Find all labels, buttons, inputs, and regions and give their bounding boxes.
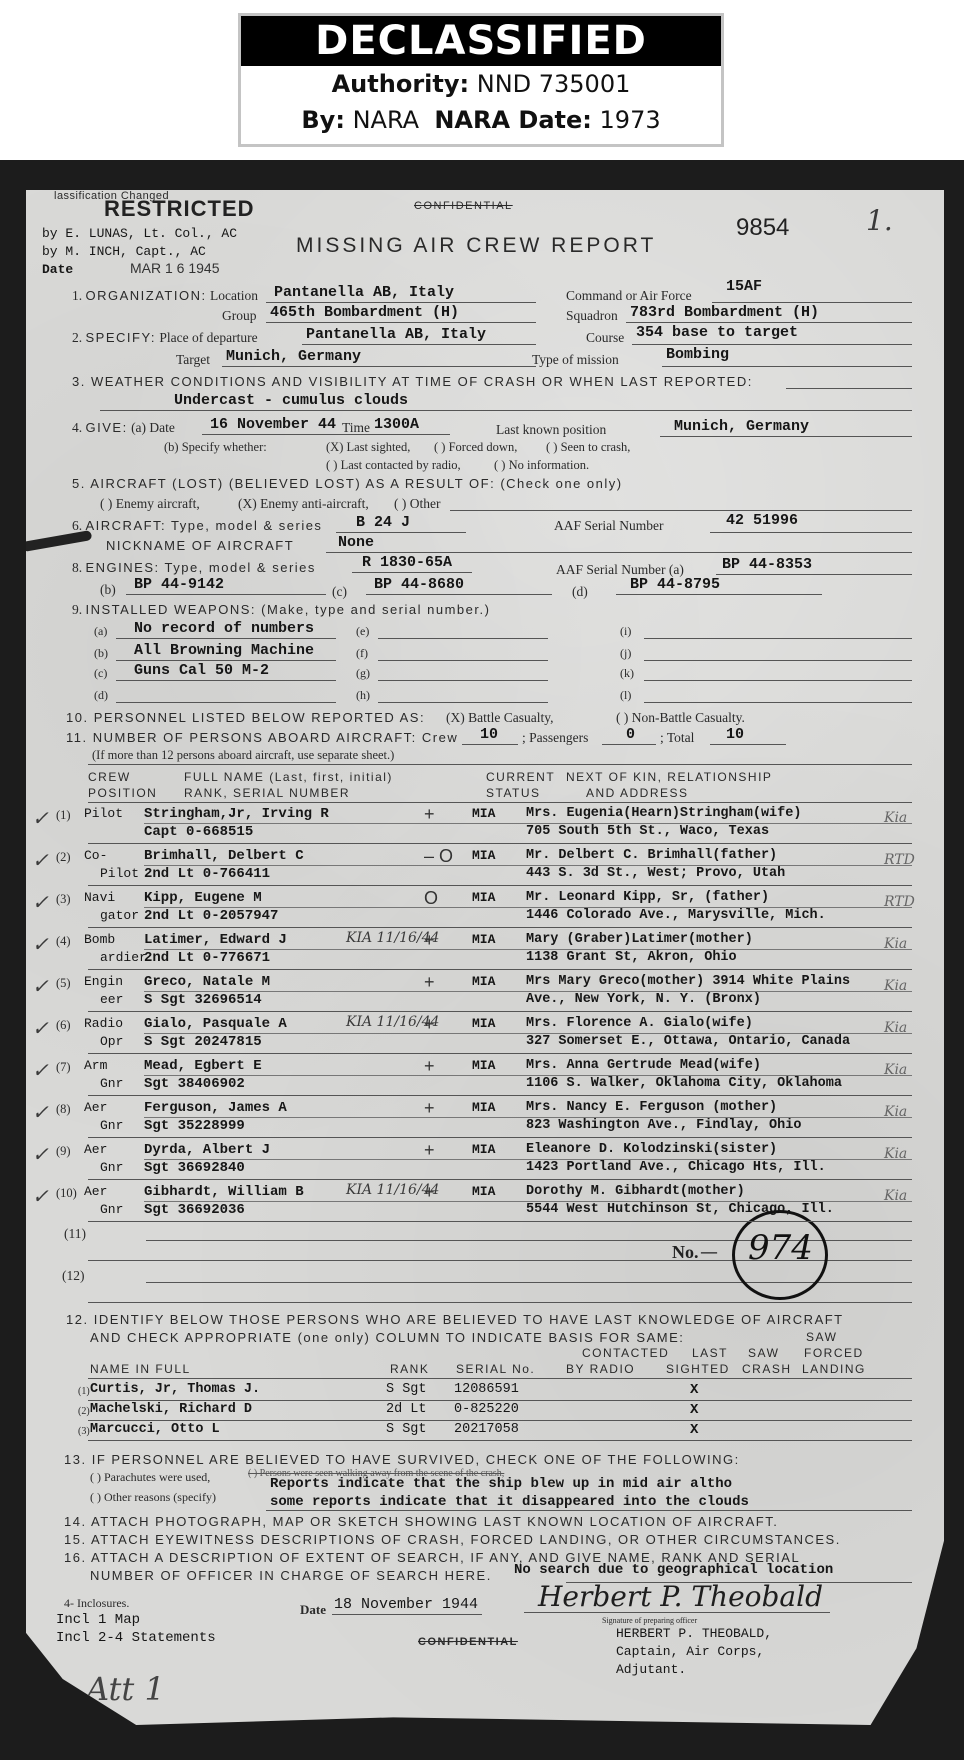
- s16-label-2: NUMBER OF OFFICER IN CHARGE OF SEARCH HE…: [90, 1568, 492, 1583]
- col-rank: RANK: [390, 1362, 429, 1376]
- crew-position-2: Pilot: [100, 866, 139, 881]
- col-crash: CRASH: [742, 1362, 792, 1376]
- file-number-label: No.: [672, 1242, 699, 1263]
- engine-type-value: R 1830-65A: [362, 554, 452, 571]
- engine-b-label: (b): [100, 582, 116, 598]
- witness-rank: S Sgt: [386, 1422, 427, 1437]
- s5-label: 5. AIRCRAFT (LOST) (BELIEVED LOST) AS A …: [72, 476, 623, 491]
- crew-position-2: Opr: [100, 1034, 123, 1049]
- crew-full-name: Ferguson, James A: [144, 1100, 287, 1116]
- col-saw-forced-top: SAW: [806, 1330, 837, 1344]
- corner-mark: 1.: [866, 204, 893, 237]
- aircraft-serial-value: 42 51996: [726, 512, 798, 529]
- col-position: POSITION: [88, 786, 157, 800]
- crew-full-name: Brimhall, Delbert C: [144, 848, 304, 864]
- witness-row-number: (2): [78, 1406, 90, 1417]
- opt-forced-down[interactable]: ( ) Forced down,: [434, 440, 517, 455]
- weapon-l-label: (l): [620, 688, 631, 703]
- crew-row-number: (6): [56, 1018, 71, 1033]
- weapon-j-label: (j): [620, 646, 631, 661]
- weapon-h-label: (h): [356, 688, 370, 703]
- next-of-kin: Eleanore D. Kolodzinski(sister): [526, 1142, 777, 1157]
- command-label: Command or Air Force: [566, 288, 692, 304]
- opt-no-info[interactable]: ( ) No information.: [494, 458, 589, 473]
- group-label: Group: [222, 308, 257, 324]
- crew-status: MIA: [472, 1016, 495, 1031]
- crew-rank-serial: 2nd Lt 0-776671: [144, 950, 270, 966]
- engine-a-value: BP 44-8353: [722, 556, 812, 573]
- declassified-stamp: DECLASSIFIED Authority: NND 735001 By: N…: [238, 13, 724, 147]
- crew-full-name: Kipp, Eugene M: [144, 890, 262, 906]
- crew-row-12-label: (12): [62, 1268, 85, 1284]
- crew-status-mark: +: [424, 1014, 435, 1035]
- next-of-kin: Mrs. Florence A. Gialo(wife): [526, 1016, 753, 1031]
- next-of-kin-address: 327 Somerset E., Ottawa, Ontario, Canada: [526, 1034, 850, 1049]
- crew-full-name: Greco, Natale M: [144, 974, 270, 990]
- col-contacted: CONTACTED: [582, 1346, 669, 1360]
- witness-name: Machelski, Richard D: [90, 1402, 252, 1417]
- crew-status-mark: +: [424, 804, 435, 825]
- s4-give-label: 4. GIVE: (a) Date: [72, 420, 175, 436]
- s11-note: (If more than 12 persons aboard aircraft…: [92, 748, 394, 763]
- nickname-label: NICKNAME OF AIRCRAFT: [106, 538, 294, 553]
- restricted-stamp: RESTRICTED: [104, 196, 255, 222]
- departure-value: Pantanella AB, Italy: [306, 326, 486, 343]
- crew-rank-serial: 2nd Lt 0-2057947: [144, 908, 278, 924]
- crew-status: MIA: [472, 848, 495, 863]
- check-mark-icon: ✓: [32, 1100, 49, 1124]
- crew-row-number: (8): [56, 1102, 71, 1117]
- crew-position-2: gator: [100, 908, 139, 923]
- weapon-b-label: (b): [94, 646, 108, 661]
- s11-label: 11. NUMBER OF PERSONS ABOARD AIRCRAFT: C…: [66, 730, 458, 745]
- crew-row-number: (1): [56, 808, 71, 823]
- col-by-radio: BY RADIO: [566, 1362, 635, 1376]
- passengers-label: ; Passengers: [522, 730, 588, 746]
- next-of-kin: Mrs. Nancy E. Ferguson (mother): [526, 1100, 777, 1115]
- crew-status: MIA: [472, 1184, 495, 1199]
- position-value: Munich, Germany: [674, 418, 809, 435]
- opt-last-sighted[interactable]: (X) Last sighted,: [326, 440, 410, 455]
- witness-rank: S Sgt: [386, 1382, 427, 1397]
- crew-status-mark: +: [424, 972, 435, 993]
- check-mark-icon: ✓: [32, 932, 49, 956]
- witness-name: Curtis, Jr, Thomas J.: [90, 1382, 260, 1397]
- crew-status-mark: O: [424, 888, 438, 909]
- crew-count: 10: [480, 726, 498, 743]
- officer-name: HERBERT P. THEOBALD,: [616, 1626, 772, 1641]
- next-of-kin: Mr. Delbert C. Brimhall(father): [526, 848, 777, 863]
- mission-value: Bombing: [666, 346, 729, 363]
- page-title: MISSING AIR CREW REPORT: [296, 234, 656, 258]
- crew-position-1: Pilot: [84, 806, 123, 821]
- command-value: 15AF: [726, 278, 762, 295]
- crew-row-number: (5): [56, 976, 71, 991]
- witness-serial: 20217058: [454, 1422, 519, 1437]
- crew-position-1: Bomb: [84, 932, 115, 947]
- crew-position-2: Gnr: [100, 1118, 123, 1133]
- weather-value: Undercast - cumulus clouds: [174, 392, 408, 409]
- inclosures-label: 4- Inclosures.: [64, 1596, 129, 1611]
- next-of-kin-address: 5544 West Hutchinson St, Chicago, Ill.: [526, 1202, 834, 1217]
- s4b-label: (b) Specify whether:: [164, 440, 267, 455]
- col-rank-serial: RANK, SERIAL NUMBER: [184, 786, 350, 800]
- crew-full-name: Dyrda, Albert J: [144, 1142, 270, 1158]
- crew-position-1: Aer: [84, 1184, 107, 1199]
- crew-position-1: Aer: [84, 1100, 107, 1115]
- opt-radio[interactable]: ( ) Last contacted by radio,: [326, 458, 461, 473]
- engine-d-label: (d): [572, 584, 588, 600]
- witness-name: Marcucci, Otto L: [90, 1422, 220, 1437]
- s14-label: 14. ATTACH PHOTOGRAPH, MAP OR SKETCH SHO…: [64, 1514, 778, 1529]
- next-of-kin: Mary (Graber)Latimer(mother): [526, 932, 753, 947]
- next-of-kin-address: 705 South 5th St., Waco, Texas: [526, 824, 769, 839]
- confidential-struck-footer: CONFIDENTIAL: [418, 1636, 518, 1648]
- weapon-f-label: (f): [356, 646, 368, 661]
- group-value: 465th Bombardment (H): [270, 304, 459, 321]
- crew-status: MIA: [472, 1142, 495, 1157]
- stamp-heading: DECLASSIFIED: [241, 16, 721, 66]
- file-number-dash: —: [700, 1242, 718, 1263]
- witness-row-number: (3): [78, 1426, 90, 1437]
- check-mark-icon: ✓: [32, 1142, 49, 1166]
- officer-title: Adjutant.: [616, 1662, 686, 1677]
- stamp-authority: Authority: NND 735001: [241, 66, 721, 102]
- s8-label: 8. ENGINES: Type, model & series: [72, 560, 316, 576]
- time-value: 1300A: [374, 416, 419, 433]
- declass-by-line-1: by E. LUNAS, Lt. Col., AC: [42, 226, 237, 241]
- next-of-kin: Mrs Mary Greco(mother) 3914 White Plains: [526, 974, 850, 989]
- ink-smudge: [22, 530, 93, 552]
- crew-position-1: Engin: [84, 974, 123, 989]
- engine-c-value: BP 44-8680: [374, 576, 464, 593]
- crew-status-mark: +: [424, 1182, 435, 1203]
- s2-label: 2. SPECIFY: Place of departure: [72, 330, 258, 346]
- check-mark-icon: ✓: [32, 1016, 49, 1040]
- col-crew: CREW: [88, 770, 131, 784]
- crew-rank-serial: Sgt 38406902: [144, 1076, 245, 1092]
- opt-non-battle-casualty[interactable]: ( ) Non-Battle Casualty.: [616, 710, 745, 726]
- crew-row-number: (3): [56, 892, 71, 907]
- weapon-c-value: Guns Cal 50 M-2: [134, 662, 269, 679]
- weapon-a-value: No record of numbers: [134, 620, 314, 637]
- crew-row-number: (7): [56, 1060, 71, 1075]
- weapon-b-value: All Browning Machine: [134, 642, 314, 659]
- signed-date-value: 18 November 1944: [334, 1596, 478, 1613]
- crew-status: MIA: [472, 1100, 495, 1115]
- crew-rank-serial: S Sgt 20247815: [144, 1034, 262, 1050]
- s6-label: 6. AIRCRAFT: Type, model & series: [72, 518, 322, 534]
- opt-seen-crash[interactable]: ( ) Seen to crash,: [546, 440, 630, 455]
- crew-position-1: Co-: [84, 848, 107, 863]
- next-of-kin-address: 443 S. 3d St., West; Provo, Utah: [526, 866, 785, 881]
- next-of-kin-address: 1423 Portland Ave., Chicago Hts, Ill.: [526, 1160, 826, 1175]
- s12-label-2: AND CHECK APPROPRIATE (one only) COLUMN …: [90, 1330, 684, 1345]
- course-label: Course: [586, 330, 624, 346]
- crew-position-2: Gnr: [100, 1076, 123, 1091]
- crew-row-number: (4): [56, 934, 71, 949]
- crew-position-1: Aer: [84, 1142, 107, 1157]
- crew-position-1: Navi: [84, 890, 115, 905]
- next-of-kin: Mrs. Eugenia(Hearn)Stringham(wife): [526, 806, 801, 821]
- s1-label: 1. ORGANIZATION: Location: [72, 288, 258, 304]
- officer-signature: Herbert P. Theobald: [538, 1580, 823, 1613]
- organization-location: Pantanella AB, Italy: [274, 284, 454, 301]
- next-of-kin-address: 823 Washington Ave., Findlay, Ohio: [526, 1118, 801, 1133]
- next-of-kin: Mr. Leonard Kipp, Sr, (father): [526, 890, 769, 905]
- s15-label: 15. ATTACH EYEWITNESS DESCRIPTIONS OF CR…: [64, 1532, 841, 1547]
- check-mark-icon: ✓: [32, 974, 49, 998]
- weapon-k-label: (k): [620, 666, 634, 681]
- nickname-value: None: [338, 534, 374, 551]
- check-mark-icon: ✓: [32, 806, 49, 830]
- opt-other-cause[interactable]: ( ) Other: [394, 496, 440, 512]
- total-label: ; Total: [660, 730, 694, 746]
- total-count: 10: [726, 726, 744, 743]
- col-last: LAST: [692, 1346, 728, 1360]
- check-mark-icon: ✓: [32, 1184, 49, 1208]
- witness-last-sighted-check[interactable]: X: [690, 1382, 698, 1398]
- col-address: AND ADDRESS: [586, 786, 689, 800]
- opt-enemy-aircraft[interactable]: ( ) Enemy aircraft,: [100, 496, 200, 512]
- crew-position-2: Gnr: [100, 1202, 123, 1217]
- crew-row-number: (10): [56, 1186, 77, 1201]
- crew-row-number: (9): [56, 1144, 71, 1159]
- confidential-struck-header: CONFIDENTIAL: [414, 200, 513, 212]
- s13-label: 13. IF PERSONNEL ARE BELIEVED TO HAVE SU…: [64, 1452, 740, 1467]
- crew-rank-serial: Sgt 35228999: [144, 1118, 245, 1134]
- survival-note-2: some reports indicate that it disappeare…: [270, 1494, 749, 1510]
- squadron-label: Squadron: [566, 308, 618, 324]
- col-landing: LANDING: [802, 1362, 866, 1376]
- crew-row-11-label: (11): [64, 1226, 86, 1242]
- col-serial: SERIAL No.: [456, 1362, 535, 1376]
- s3-label: 3. WEATHER CONDITIONS AND VISIBILITY AT …: [72, 374, 753, 389]
- witness-last-sighted-check[interactable]: X: [690, 1402, 698, 1418]
- crew-full-name: Gialo, Pasquale A: [144, 1016, 287, 1032]
- crew-rank-serial: Capt 0-668515: [144, 824, 253, 840]
- search-description: No search due to geographical location: [514, 1562, 833, 1578]
- crew-status: MIA: [472, 974, 495, 989]
- crew-full-name: Stringham,Jr, Irving R: [144, 806, 329, 822]
- crew-position-2: eer: [100, 992, 123, 1007]
- crew-status: MIA: [472, 1058, 495, 1073]
- crew-position-2: Gnr: [100, 1160, 123, 1175]
- crew-status-mark: +: [424, 930, 435, 951]
- target-value: Munich, Germany: [226, 348, 361, 365]
- crew-rank-serial: 2nd Lt 0-766411: [144, 866, 270, 882]
- crew-position-1: Arm: [84, 1058, 107, 1073]
- opt-other-reasons[interactable]: ( ) Other reasons (specify): [90, 1490, 216, 1505]
- witness-last-sighted-check[interactable]: X: [690, 1422, 698, 1438]
- inclosure-2: Incl 2-4 Statements: [56, 1630, 216, 1646]
- crew-row-number: (2): [56, 850, 71, 865]
- officer-rank: Captain, Air Corps,: [616, 1644, 764, 1659]
- check-mark-icon: ✓: [32, 890, 49, 914]
- target-label: Target: [176, 352, 210, 368]
- check-mark-icon: ✓: [32, 1058, 49, 1082]
- position-label: Last known position: [496, 422, 606, 438]
- weapon-d-label: (d): [94, 688, 108, 703]
- crew-full-name: Latimer, Edward J: [144, 932, 287, 948]
- col-next-of-kin: NEXT OF KIN, RELATIONSHIP: [566, 770, 772, 784]
- crew-rank-serial: S Sgt 32696514: [144, 992, 262, 1008]
- signature-caption: Signature of preparing officer: [602, 1616, 697, 1625]
- crew-status-mark: – O: [424, 846, 453, 867]
- next-of-kin-address: 1106 S. Walker, Oklahoma City, Oklahoma: [526, 1076, 842, 1091]
- engine-c-label: (c): [332, 584, 347, 600]
- s9-label: 9. INSTALLED WEAPONS: (Make, type and se…: [72, 602, 490, 618]
- witness-rank: 2d Lt: [386, 1402, 427, 1417]
- s12-label-1: 12. IDENTIFY BELOW THOSE PERSONS WHO ARE…: [66, 1312, 844, 1327]
- crew-status: MIA: [472, 806, 495, 821]
- course-value: 354 base to target: [636, 324, 798, 341]
- declass-date-label: Date: [42, 262, 73, 277]
- crew-position-1: Radio: [84, 1016, 123, 1031]
- col-full-name: FULL NAME (Last, first, initial): [184, 770, 393, 784]
- col-name-in-full: NAME IN FULL: [90, 1362, 191, 1376]
- mission-label: Type of mission: [532, 352, 619, 368]
- opt-enemy-anti-aircraft[interactable]: (X) Enemy anti-aircraft,: [238, 496, 369, 512]
- check-mark-icon: ✓: [32, 848, 49, 872]
- witness-serial: 0-825220: [454, 1402, 519, 1417]
- col-sighted: SIGHTED: [666, 1362, 730, 1376]
- witness-serial: 12086591: [454, 1382, 519, 1397]
- stamp-by: By: NARA NARA Date: 1973: [241, 102, 721, 138]
- report-number: 9854: [736, 214, 789, 242]
- engine-b-value: BP 44-9142: [134, 576, 224, 593]
- crew-status-mark: +: [424, 1098, 435, 1119]
- inclosure-1: Incl 1 Map: [56, 1612, 140, 1628]
- col-saw: SAW: [748, 1346, 779, 1360]
- engine-d-value: BP 44-8795: [630, 576, 720, 593]
- aircraft-serial-label: AAF Serial Number: [554, 518, 663, 534]
- crew-full-name: Mead, Egbert E: [144, 1058, 262, 1074]
- file-number-value: 974: [748, 1228, 813, 1268]
- survival-note-1: Reports indicate that the ship blew up i…: [270, 1476, 732, 1492]
- crew-status-mark: +: [424, 1056, 435, 1077]
- opt-battle-casualty[interactable]: (X) Battle Casualty,: [446, 710, 553, 726]
- crew-rank-serial: Sgt 36692036: [144, 1202, 245, 1218]
- missing-air-crew-report-form: lassification Changed RESTRICTED CONFIDE…: [26, 190, 944, 1725]
- weapon-a-label: (a): [94, 624, 107, 639]
- s10-label: 10. PERSONNEL LISTED BELOW REPORTED AS:: [66, 710, 425, 725]
- declass-date-value: MAR 1 6 1945: [130, 260, 220, 276]
- crew-full-name: Gibhardt, William B: [144, 1184, 304, 1200]
- crew-status: MIA: [472, 932, 495, 947]
- signed-date-label: Date: [300, 1602, 326, 1618]
- crew-status: MIA: [472, 890, 495, 905]
- weapon-c-label: (c): [94, 666, 107, 681]
- crew-rank-serial: Sgt 36692840: [144, 1160, 245, 1176]
- col-status: STATUS: [486, 786, 541, 800]
- declass-by-line-2: by M. INCH, Capt., AC: [42, 244, 206, 259]
- next-of-kin: Dorothy M. Gibhardt(mother): [526, 1184, 745, 1199]
- aircraft-type-value: B 24 J: [356, 514, 410, 531]
- next-of-kin: Mrs. Anna Gertrude Mead(wife): [526, 1058, 761, 1073]
- next-of-kin-address: Ave., New York, N. Y. (Bronx): [526, 992, 761, 1007]
- opt-parachutes[interactable]: ( ) Parachutes were used,: [90, 1470, 210, 1485]
- crew-position-2: ardier: [100, 950, 147, 965]
- col-forced: FORCED: [804, 1346, 864, 1360]
- passenger-count: 0: [626, 726, 635, 743]
- next-of-kin-address: 1138 Grant St, Akron, Ohio: [526, 950, 737, 965]
- weapon-i-label: (i): [620, 624, 631, 639]
- weapon-g-label: (g): [356, 666, 370, 681]
- crew-status-mark: +: [424, 1140, 435, 1161]
- next-of-kin-address: 1446 Colorado Ave., Marysville, Mich.: [526, 908, 826, 923]
- date-value: 16 November 44: [210, 416, 336, 433]
- col-current: CURRENT: [486, 770, 555, 784]
- weapon-e-label: (e): [356, 624, 369, 639]
- witness-row-number: (1): [78, 1386, 90, 1397]
- squadron-value: 783rd Bombardment (H): [630, 304, 819, 321]
